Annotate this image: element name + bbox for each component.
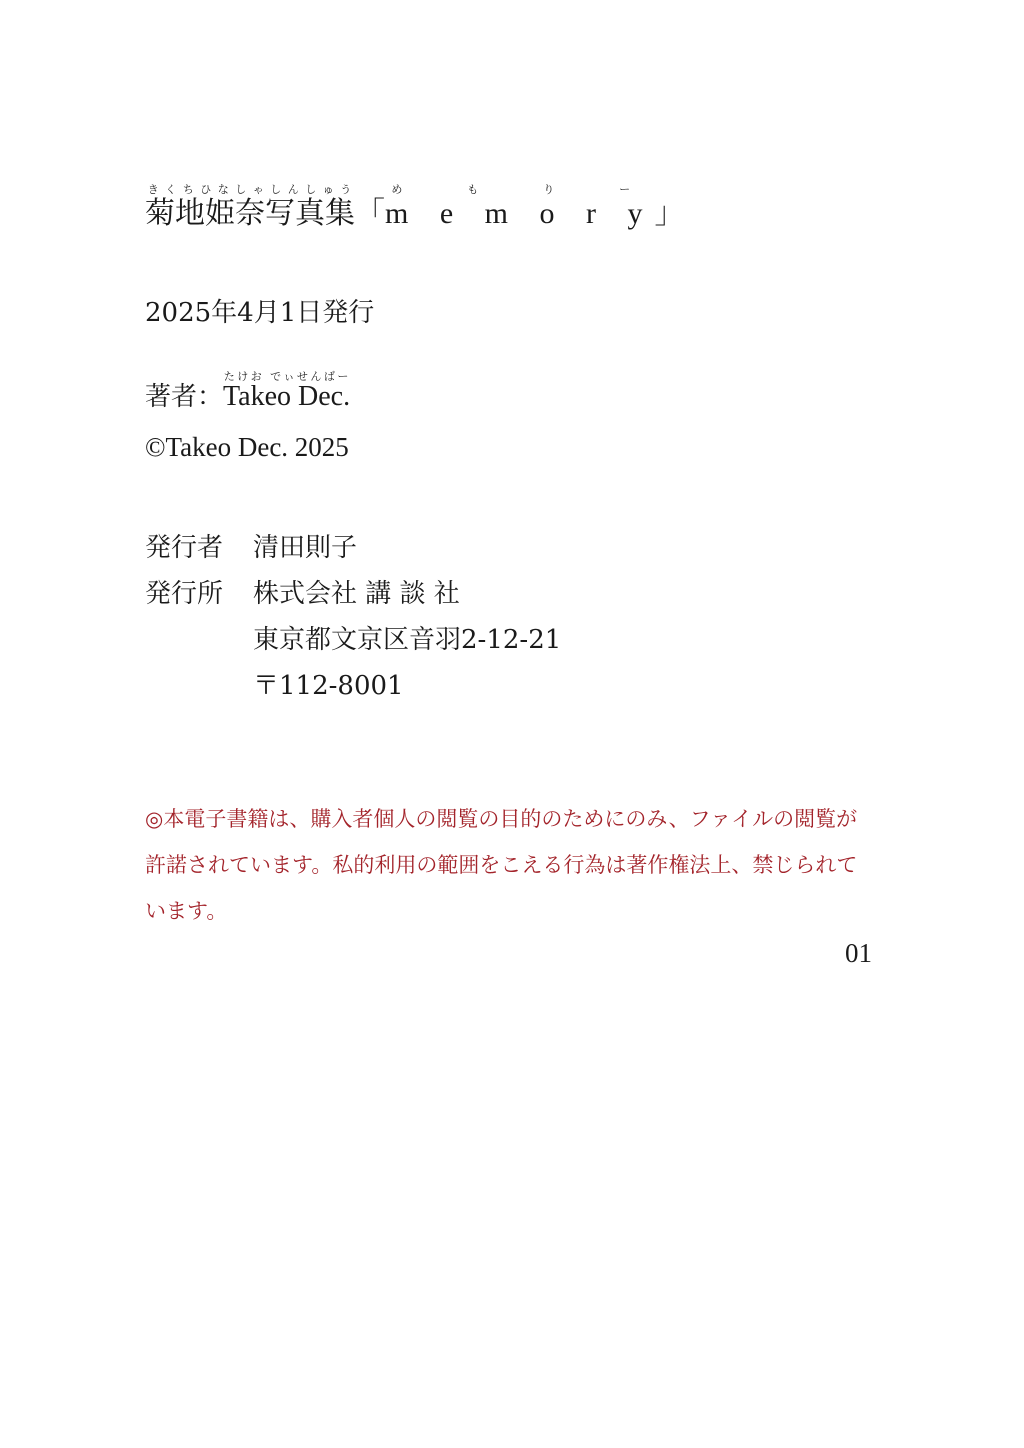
author-name-ruby: たけお でぃせんばー [223,370,350,383]
title-open-bracket: 「 [355,196,385,231]
author-line: 著者：Takeo Dec.たけお でぃせんばー [145,370,350,411]
publisher-row-value: 東京都文京区音羽2-12-21 [253,619,561,656]
publisher-row-label: 発行者 [145,527,253,564]
copyright: ©Takeo Dec. 2025 [145,432,349,463]
author-label: 著者： [145,382,223,412]
title-subtitle: m e m o r yめ も り ー [385,196,654,231]
page-number: 01 [845,938,872,969]
publisher-row-value: 清田則子 [253,527,357,564]
publisher-row-value: 株式会社 講 談 社 [253,573,460,610]
title-subtitle-ruby: め も り ー [385,183,654,196]
title-main-ruby: きくちひなしゃしんしゅう [145,183,355,196]
notice-line: ◎本電子書籍は、購入者個人の閲覧の目的のためにのみ、ファイルの閲覧が [145,796,885,842]
publication-date: 2025年4月1日発行 [145,292,374,329]
publisher-info: 発行者 清田則子 発行所 株式会社 講 談 社 東京都文京区音羽2-12-21 … [145,522,561,706]
author-name: Takeo Dec.たけお でぃせんばー [223,382,350,412]
publisher-row: 発行所 株式会社 講 談 社 [145,568,561,614]
book-title: 菊地姫奈写真集きくちひなしゃしんしゅう「m e m o r yめ も り ー」 [145,183,684,229]
title-main: 菊地姫奈写真集きくちひなしゃしんしゅう [145,196,355,231]
publisher-row: 〒112-8001 [145,660,561,706]
notice-line: います。 [145,888,885,934]
copyright-notice: ◎本電子書籍は、購入者個人の閲覧の目的のためにのみ、ファイルの閲覧が 許諾されて… [145,796,885,934]
publisher-row-value: 〒112-8001 [253,665,404,702]
title-close-bracket: 」 [654,196,684,231]
publisher-row: 発行者 清田則子 [145,522,561,568]
publisher-row: 東京都文京区音羽2-12-21 [145,614,561,660]
notice-line: 許諾されています。私的利用の範囲をこえる行為は著作権法上、禁じられて [145,842,885,888]
publisher-row-label: 発行所 [145,573,253,610]
